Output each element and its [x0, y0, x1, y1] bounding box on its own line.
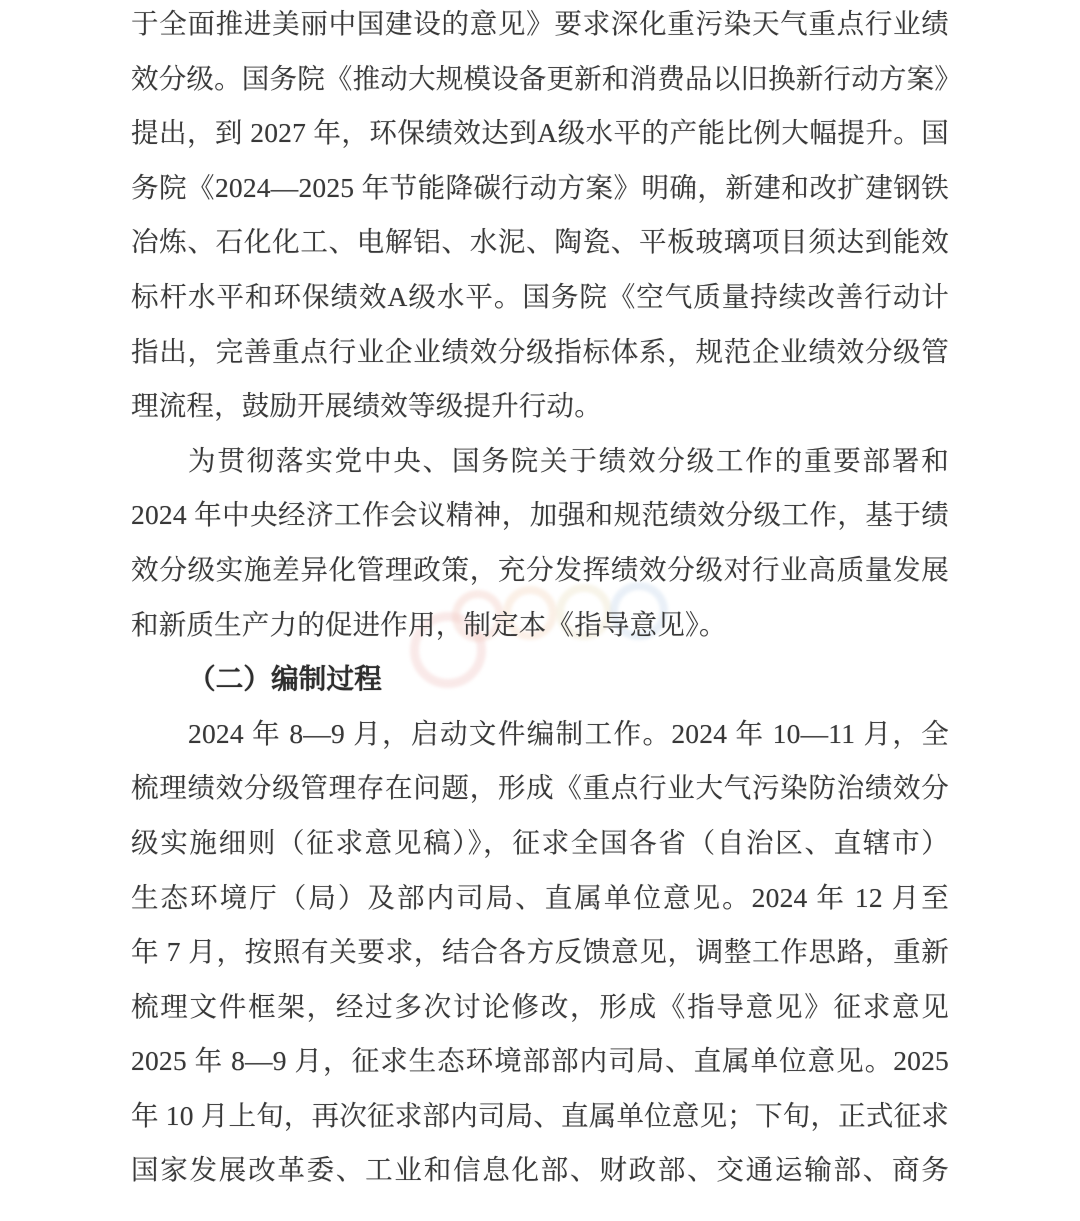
text-line: 于全面推进美丽中国建设的意见》要求深化重污染天气重点行业绩	[131, 0, 949, 52]
text-line: 梳理文件框架，经过多次讨论修改，形成《指导意见》征求意见稿。	[131, 980, 949, 1035]
text-line: 指出，完善重点行业企业绩效分级指标体系，规范企业绩效分级管	[131, 325, 949, 380]
text-line: 生态环境厅（局）及部内司局、直属单位意见。2024 年 12 月至 2025	[131, 871, 949, 926]
text-line: 效分级。国务院《推动大规模设备更新和消费品以旧换新行动方案》	[131, 52, 949, 107]
text-line: 标杆水平和环保绩效A级水平。国务院《空气质量持续改善行动计划》	[131, 270, 949, 325]
text-line: 为贯彻落实党中央、国务院关于绩效分级工作的重要部署和	[131, 434, 949, 489]
text-line: 2024 年中央经济工作会议精神，加强和规范绩效分级工作，基于绩	[131, 488, 949, 543]
text-line: 理流程，鼓励开展绩效等级提升行动。	[131, 379, 949, 434]
text-line: 年 10 月上旬，再次征求部内司局、直属单位意见；下旬，正式征求	[131, 1089, 949, 1144]
text-line: 务院《2024—2025 年节能降碳行动方案》明确，新建和改扩建钢铁	[131, 161, 949, 216]
text-line: 2025 年 8—9 月，征求生态环境部部内司局、直属单位意见。2025	[131, 1034, 949, 1089]
text-line: 级实施细则（征求意见稿）》，征求全国各省（自治区、直辖市）	[131, 816, 949, 871]
text-line: 效分级实施差异化管理政策，充分发挥绩效分级对行业高质量发展	[131, 543, 949, 598]
document-text-block: 于全面推进美丽中国建设的意见》要求深化重污染天气重点行业绩效分级。国务院《推动大…	[131, 0, 949, 1198]
section-heading: （二）编制过程	[131, 652, 949, 707]
text-line: 国家发展改革委、工业和信息化部、财政部、交通运输部、商务部、	[131, 1143, 949, 1198]
text-line: 年 7 月，按照有关要求，结合各方反馈意见，调整工作思路，重新	[131, 925, 949, 980]
text-line: 提出，到 2027 年，环保绩效达到A级水平的产能比例大幅提升。国	[131, 106, 949, 161]
document-page: 于全面推进美丽中国建设的意见》要求深化重污染天气重点行业绩效分级。国务院《推动大…	[0, 0, 1080, 1221]
text-line: 冶炼、石化化工、电解铝、水泥、陶瓷、平板玻璃项目须达到能效	[131, 215, 949, 270]
text-line: 和新质生产力的促进作用，制定本《指导意见》。	[131, 598, 949, 653]
text-line: 2024 年 8—9 月，启动文件编制工作。2024 年 10—11 月，全面	[131, 707, 949, 762]
text-line: 梳理绩效分级管理存在问题，形成《重点行业大气污染防治绩效分	[131, 761, 949, 816]
